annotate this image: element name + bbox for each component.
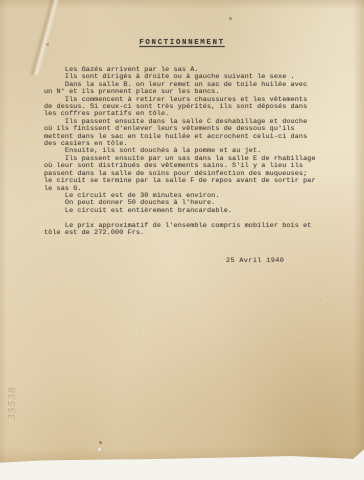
paper-specks [0,0,1,1]
scanned-document-view: FONCTIONNEMENT Les Gazés arrivent par le… [0,0,364,480]
document-body: Les Gazés arrivent par le sas A. Ils son… [44,67,344,237]
margin-annotation: 35538 [8,378,18,428]
document-page: FONCTIONNEMENT Les Gazés arrivent par le… [0,0,364,480]
document-date: 25 Avril 1940 [226,257,284,265]
document-title: FONCTIONNEMENT [0,39,364,47]
